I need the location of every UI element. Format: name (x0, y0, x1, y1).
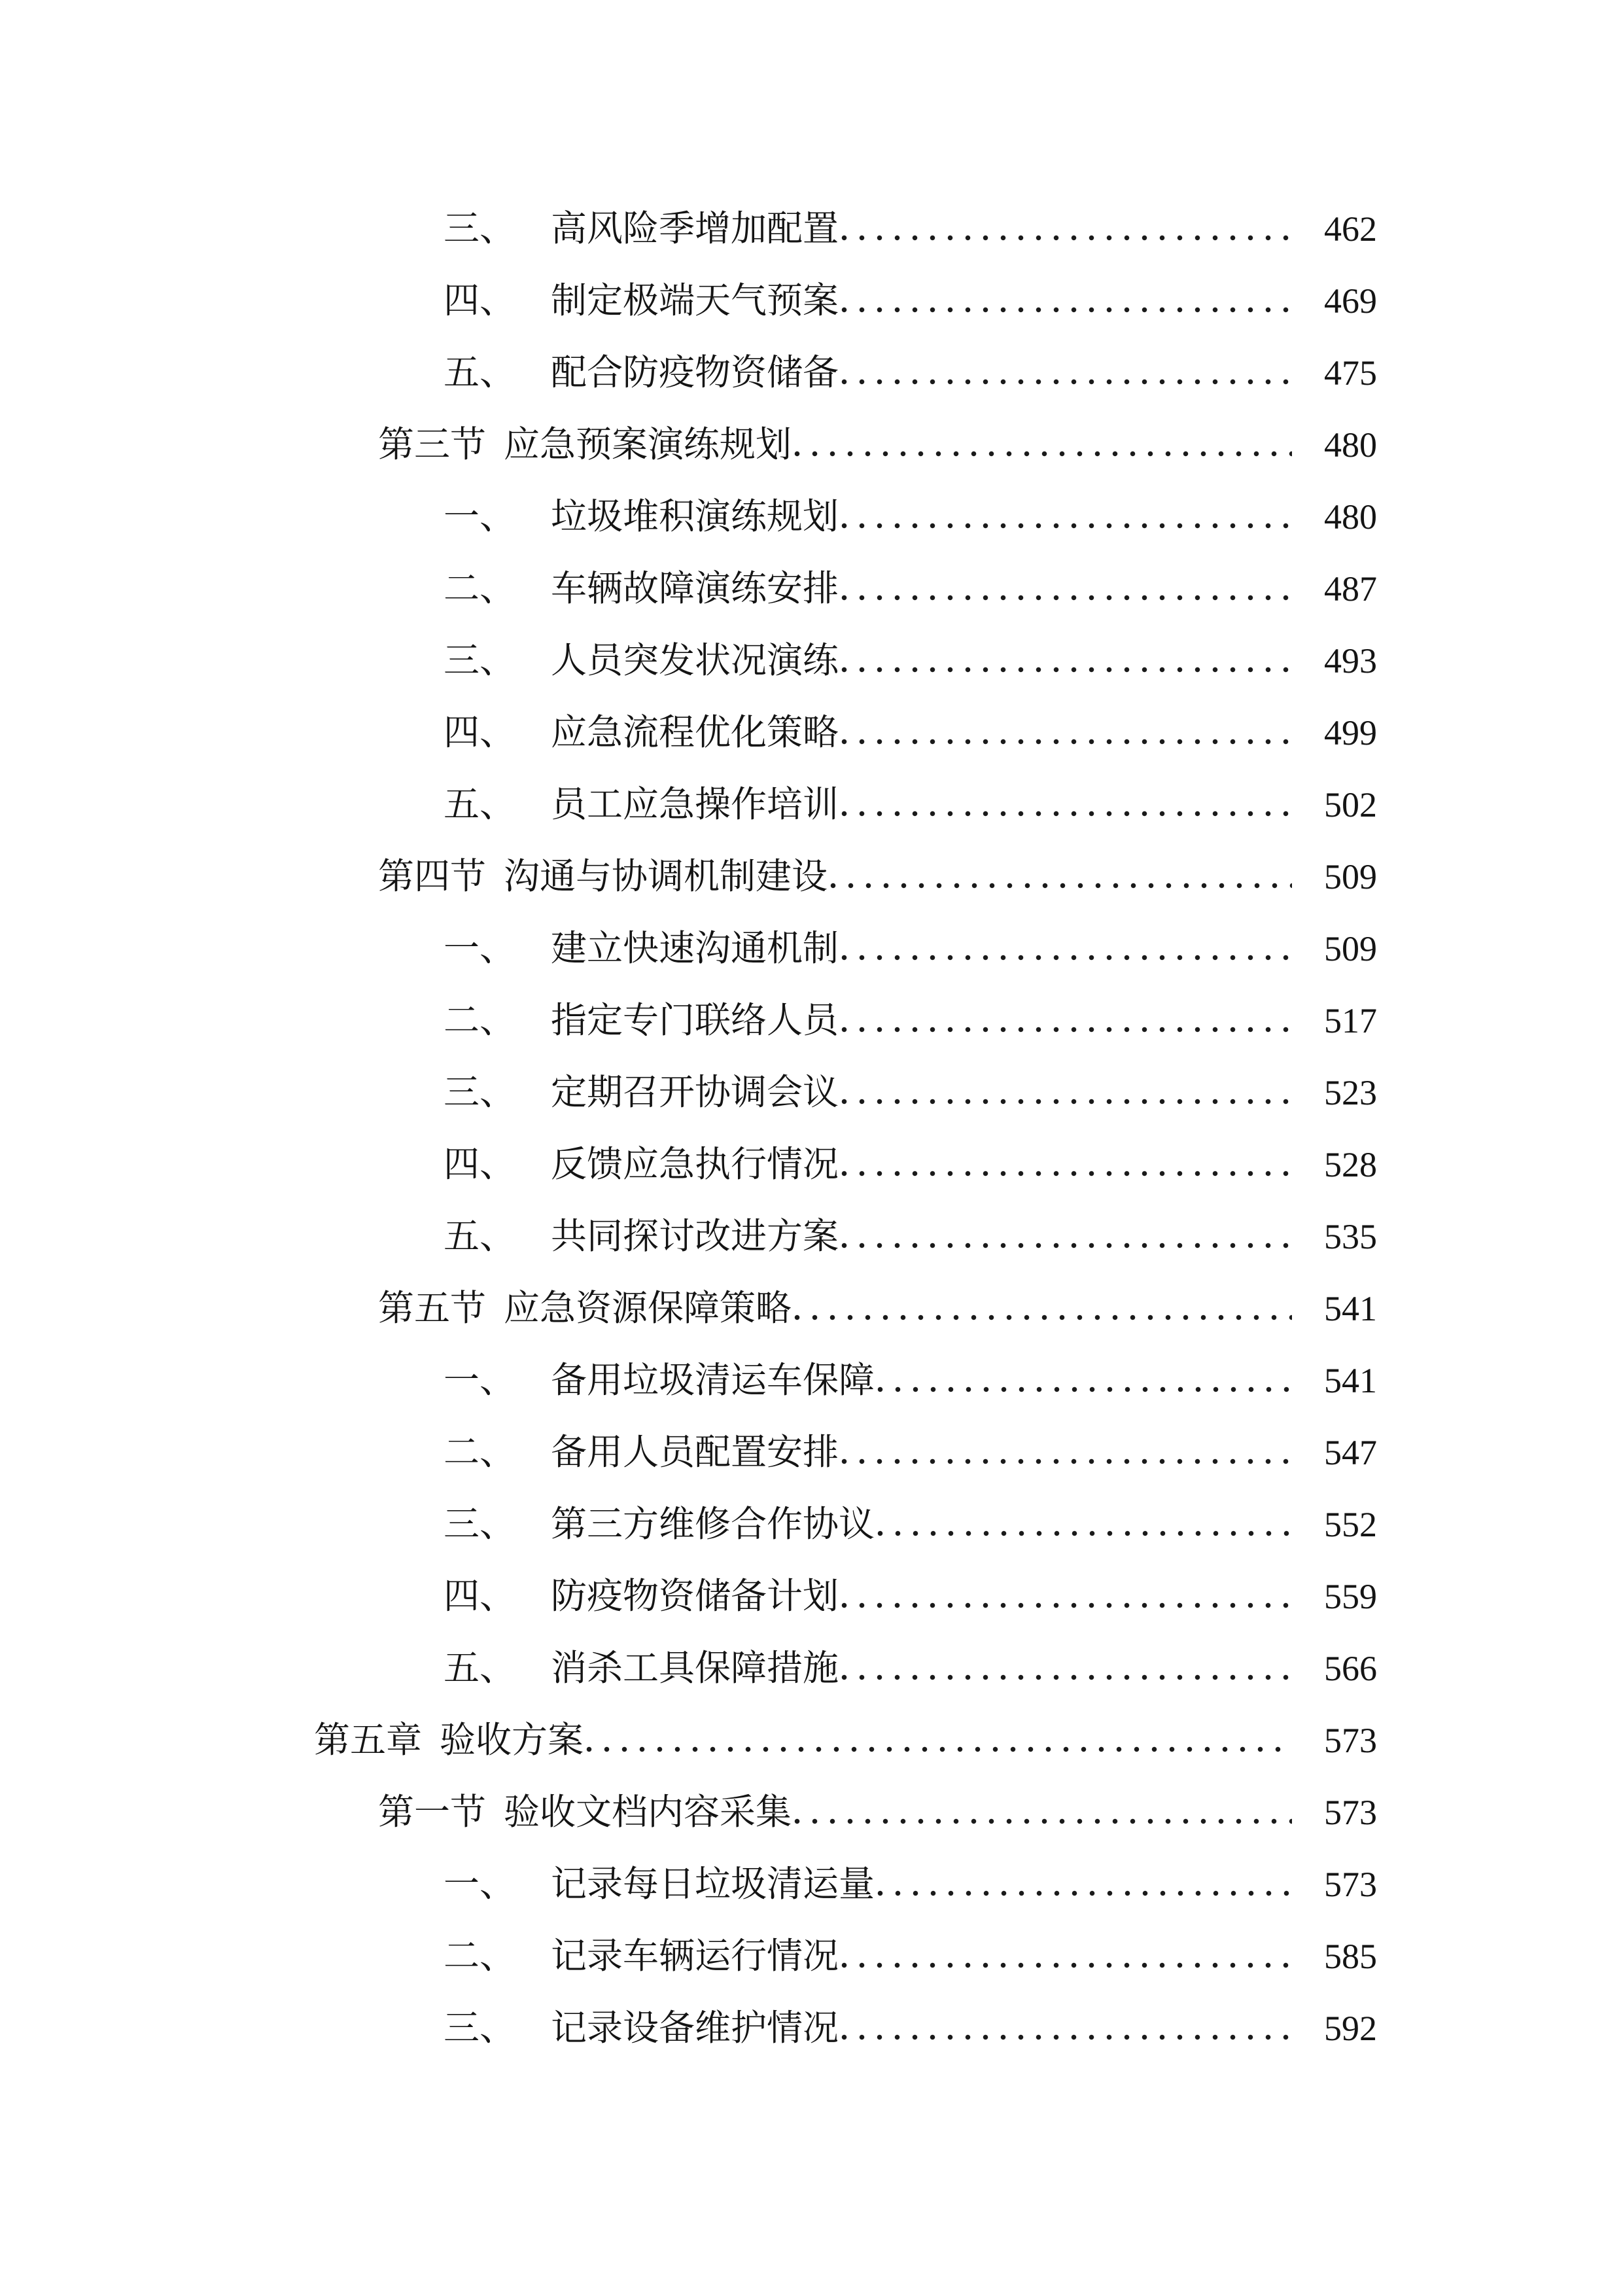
toc-entry-page: 509 (1299, 913, 1377, 985)
toc-entry-page: 573 (1299, 1776, 1377, 1848)
toc-entry: 二、 备用人员配置安排 547 (0, 1417, 1377, 1489)
toc-dot-leader (841, 1027, 1292, 1033)
toc-entry-title: 垃圾堆积演练规划 (551, 481, 839, 553)
toc-entry-page: 475 (1299, 337, 1377, 409)
toc-entry: 三、 人员突发状况演练 493 (0, 625, 1377, 697)
toc-entry: 四、 反馈应急执行情况 528 (0, 1129, 1377, 1201)
toc-entry-title: 员工应急操作培训 (551, 769, 839, 841)
toc-dot-leader (841, 1674, 1292, 1680)
toc-entry-number: 三、 (444, 1489, 515, 1561)
toc-dot-leader (841, 235, 1292, 241)
toc-entry-page: 573 (1299, 1704, 1377, 1776)
toc-entry-title: 沟通与协调机制建设 (504, 841, 828, 913)
toc-entry-page: 547 (1299, 1417, 1377, 1489)
toc-entry-page: 493 (1299, 625, 1377, 697)
toc-entry-page: 552 (1299, 1489, 1377, 1561)
toc-entry: 三、 高风险季增加配置 462 (0, 193, 1377, 265)
toc-entry-title: 共同探讨改进方案 (551, 1201, 839, 1273)
toc-entry-title: 防疫物资储备计划 (551, 1561, 839, 1633)
toc-entry-page: 517 (1299, 985, 1377, 1057)
toc-dot-leader (877, 1386, 1292, 1392)
toc-entry-page: 480 (1299, 409, 1377, 481)
toc-entry: 三、 定期召开协调会议 523 (0, 1057, 1377, 1129)
toc-entry: 一、 记录每日垃圾清运量 573 (0, 1848, 1377, 1920)
toc-entry-page: 541 (1299, 1345, 1377, 1417)
toc-list: 三、 高风险季增加配置 462 四、 制定极端天气预案 469 五、 配合防疫物… (0, 193, 1377, 2064)
toc-entry-number: 四、 (444, 265, 515, 337)
toc-entry-page: 502 (1299, 769, 1377, 841)
toc-entry-title: 记录车辆运行情况 (551, 1920, 839, 1992)
document-page: 三、 高风险季增加配置 462 四、 制定极端天气预案 469 五、 配合防疫物… (0, 0, 1623, 2296)
toc-entry-title: 应急资源保障策略 (504, 1273, 792, 1345)
toc-entry-page: 541 (1299, 1273, 1377, 1345)
toc-entry-title: 消杀工具保障措施 (551, 1633, 839, 1704)
toc-entry-number: 二、 (444, 553, 515, 625)
toc-entry-number: 第三节 (378, 409, 486, 481)
toc-dot-leader (841, 307, 1292, 313)
toc-dot-leader (877, 1890, 1292, 1896)
toc-entry-title: 记录每日垃圾清运量 (551, 1848, 875, 1920)
toc-entry: 第五节 应急资源保障策略 541 (0, 1273, 1377, 1345)
toc-entry-page: 523 (1299, 1057, 1377, 1129)
toc-entry-title: 记录设备维护情况 (551, 1992, 839, 2064)
toc-entry: 第三节 应急预案演练规划 480 (0, 409, 1377, 481)
toc-dot-leader (794, 1315, 1292, 1320)
toc-dot-leader (794, 451, 1292, 457)
toc-entry: 三、 第三方维修合作协议 552 (0, 1489, 1377, 1561)
toc-entry-title: 建立快速沟通机制 (551, 913, 839, 985)
toc-entry-title: 验收文档内容采集 (504, 1776, 792, 1848)
toc-dot-leader (841, 955, 1292, 961)
toc-entry-page: 487 (1299, 553, 1377, 625)
toc-entry: 一、 备用垃圾清运车保障 541 (0, 1345, 1377, 1417)
toc-entry-page: 573 (1299, 1848, 1377, 1920)
toc-entry-page: 499 (1299, 697, 1377, 769)
toc-entry-number: 四、 (444, 1129, 515, 1201)
toc-entry: 一、 垃圾堆积演练规划 480 (0, 481, 1377, 553)
toc-entry: 二、 记录车辆运行情况 585 (0, 1920, 1377, 1992)
toc-entry-title: 人员突发状况演练 (551, 625, 839, 697)
toc-entry: 二、 指定专门联络人员 517 (0, 985, 1377, 1057)
toc-entry-title: 备用垃圾清运车保障 (551, 1345, 875, 1417)
toc-entry-page: 585 (1299, 1920, 1377, 1992)
toc-entry: 四、 应急流程优化策略 499 (0, 697, 1377, 769)
toc-entry: 第五章 验收方案 573 (0, 1704, 1377, 1776)
toc-entry: 四、 防疫物资储备计划 559 (0, 1561, 1377, 1633)
toc-entry-number: 五、 (444, 1201, 515, 1273)
toc-entry-number: 二、 (444, 1417, 515, 1489)
toc-entry-number: 第一节 (378, 1776, 486, 1848)
toc-dot-leader (586, 1746, 1292, 1752)
toc-entry-number: 一、 (444, 481, 515, 553)
toc-dot-leader (841, 595, 1292, 601)
toc-entry: 三、 记录设备维护情况 592 (0, 1992, 1377, 2064)
toc-entry-number: 第四节 (378, 841, 486, 913)
toc-entry-number: 五、 (444, 1633, 515, 1704)
toc-entry-number: 二、 (444, 985, 515, 1057)
toc-entry-page: 592 (1299, 1992, 1377, 2064)
toc-entry-page: 566 (1299, 1633, 1377, 1704)
toc-dot-leader (841, 1602, 1292, 1608)
toc-dot-leader (841, 739, 1292, 745)
toc-entry-page: 462 (1299, 193, 1377, 265)
toc-entry-number: 第五节 (378, 1273, 486, 1345)
toc-entry-number: 五、 (444, 337, 515, 409)
toc-entry-page: 535 (1299, 1201, 1377, 1273)
toc-entry: 五、 员工应急操作培训 502 (0, 769, 1377, 841)
toc-dot-leader (841, 811, 1292, 817)
toc-entry: 五、 配合防疫物资储备 475 (0, 337, 1377, 409)
toc-entry-title: 应急预案演练规划 (504, 409, 792, 481)
toc-dot-leader (841, 523, 1292, 529)
toc-entry-number: 四、 (444, 1561, 515, 1633)
toc-dot-leader (830, 883, 1292, 889)
toc-dot-leader (841, 1962, 1292, 1968)
toc-entry-page: 559 (1299, 1561, 1377, 1633)
toc-dot-leader (841, 1171, 1292, 1176)
toc-entry-number: 二、 (444, 1920, 515, 1992)
toc-entry-title: 反馈应急执行情况 (551, 1129, 839, 1201)
toc-entry-number: 五、 (444, 769, 515, 841)
toc-entry-title: 高风险季增加配置 (551, 193, 839, 265)
toc-entry: 一、 建立快速沟通机制 509 (0, 913, 1377, 985)
toc-dot-leader (841, 1243, 1292, 1248)
toc-entry-number: 三、 (444, 193, 515, 265)
toc-entry: 第一节 验收文档内容采集 573 (0, 1776, 1377, 1848)
toc-entry-title: 制定极端天气预案 (551, 265, 839, 337)
toc-entry: 五、 消杀工具保障措施 566 (0, 1633, 1377, 1704)
toc-dot-leader (841, 1458, 1292, 1464)
toc-entry-page: 528 (1299, 1129, 1377, 1201)
toc-entry-number: 第五章 (314, 1704, 422, 1776)
toc-entry-number: 三、 (444, 1057, 515, 1129)
toc-entry-number: 一、 (444, 1848, 515, 1920)
toc-dot-leader (841, 667, 1292, 673)
toc-entry-page: 480 (1299, 481, 1377, 553)
toc-entry-number: 四、 (444, 697, 515, 769)
toc-entry-number: 三、 (444, 1992, 515, 2064)
toc-entry-title: 配合防疫物资储备 (551, 337, 839, 409)
toc-entry-number: 一、 (444, 913, 515, 985)
toc-entry-title: 备用人员配置安排 (551, 1417, 839, 1489)
toc-entry-number: 三、 (444, 625, 515, 697)
toc-entry: 第四节 沟通与协调机制建设 509 (0, 841, 1377, 913)
toc-entry-title: 应急流程优化策略 (551, 697, 839, 769)
toc-entry-title: 第三方维修合作协议 (551, 1489, 875, 1561)
toc-dot-leader (877, 1530, 1292, 1536)
toc-entry: 五、 共同探讨改进方案 535 (0, 1201, 1377, 1273)
toc-dot-leader (794, 1818, 1292, 1824)
toc-entry: 四、 制定极端天气预案 469 (0, 265, 1377, 337)
toc-entry-title: 验收方案 (440, 1704, 584, 1776)
toc-entry-number: 一、 (444, 1345, 515, 1417)
toc-entry-page: 509 (1299, 841, 1377, 913)
toc-dot-leader (841, 379, 1292, 385)
toc-entry-title: 车辆故障演练安排 (551, 553, 839, 625)
toc-dot-leader (841, 2034, 1292, 2040)
toc-entry-page: 469 (1299, 265, 1377, 337)
toc-entry-title: 指定专门联络人员 (551, 985, 839, 1057)
toc-entry-title: 定期召开协调会议 (551, 1057, 839, 1129)
toc-entry: 二、 车辆故障演练安排 487 (0, 553, 1377, 625)
toc-dot-leader (841, 1099, 1292, 1104)
